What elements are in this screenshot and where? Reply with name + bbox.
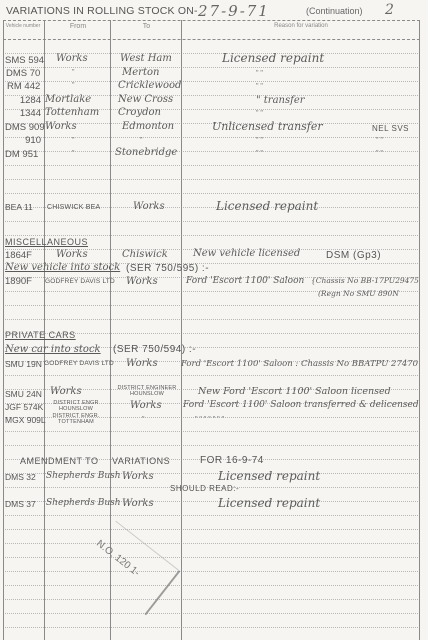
- new-car-note: New car into stock: [5, 344, 101, 355]
- vehicle-number: 1890F: [5, 276, 32, 287]
- from-depot: ": [72, 137, 75, 144]
- reason-extra: NEL SVS: [372, 124, 409, 133]
- reason: Licensed repaint: [222, 51, 324, 65]
- ser-reference: (SER 750/595) :-: [126, 263, 209, 274]
- reason: Ford 'Escort 1100' Saloon transferred & …: [183, 400, 419, 410]
- chassis-number: {Chassis No BB-17PU29475: [311, 276, 419, 285]
- should-read-label: SHOULD READ:-: [170, 484, 239, 493]
- to-depot: West Ham: [120, 53, 172, 64]
- to-depot: ": [142, 416, 145, 423]
- from-depot: Works: [56, 53, 88, 64]
- to-depot: Merton: [122, 67, 159, 78]
- from-depot: Works: [45, 121, 77, 132]
- to-depot: ": [140, 137, 143, 144]
- ruled-line: [3, 557, 420, 558]
- table-top-border: [3, 20, 420, 21]
- document-page: VARIATIONS IN ROLLING STOCK ON- 27-9-71 …: [0, 0, 428, 640]
- report-date: 27-9-71: [198, 2, 270, 20]
- reason: " ": [256, 150, 263, 157]
- reason-extra: DSM (Gp3): [326, 250, 381, 261]
- to-depot: Croydon: [118, 107, 161, 118]
- ser-reference: (SER 750/594) :-: [113, 344, 196, 355]
- to-depot: Works: [126, 276, 158, 287]
- vehicle-number: SMU 19N: [5, 359, 42, 369]
- header-bottom-border: [3, 39, 420, 40]
- ruled-line: [3, 627, 420, 628]
- to-depot: Stonebridge: [115, 147, 177, 158]
- vehicle-number: MGX 909L: [5, 415, 46, 425]
- to-depot: Cricklewood: [118, 80, 181, 91]
- from-depot: ": [72, 82, 75, 89]
- from-depot: Shepherds Bush: [46, 471, 121, 481]
- ruled-line: [3, 235, 420, 236]
- section-heading-miscellaneous: MISCELLANEOUS: [5, 237, 88, 247]
- from-depot: DISTRICT ENGR HOUNSLOW: [47, 400, 105, 412]
- ruled-line: [3, 431, 420, 432]
- section-heading-private-cars: PRIVATE CARS: [5, 330, 76, 340]
- reason: New Ford 'Escort 1100' Saloon licensed: [198, 386, 391, 397]
- reason: Licensed repaint: [216, 199, 318, 213]
- to-depot: New Cross: [118, 94, 173, 105]
- from-depot: GODFREY DAVIS LTD: [44, 360, 114, 367]
- ruled-line: [3, 613, 420, 614]
- reason-extra: " ": [376, 137, 383, 144]
- ruled-line: [3, 179, 420, 180]
- to-depot: Works: [133, 201, 165, 212]
- reason: " ": [256, 70, 263, 77]
- ruled-line: [3, 585, 420, 586]
- ruled-line: [3, 305, 420, 306]
- column-border: [3, 20, 4, 640]
- amendment-heading-left: AMENDMENT TO: [20, 456, 99, 466]
- from-depot: CHISWICK BEA: [47, 204, 100, 211]
- column-header-number: Vehicle number: [5, 23, 41, 29]
- registration-number: (Regn No SMU 890N: [318, 289, 399, 298]
- from-depot: ": [72, 150, 75, 157]
- to-depot: Works: [130, 400, 162, 411]
- ruled-line: [3, 137, 420, 138]
- ruled-line: [3, 375, 420, 376]
- vehicle-number: DMS 37: [5, 499, 36, 509]
- from-depot: Shepherds Bush: [46, 498, 121, 508]
- reason: " transfer: [256, 95, 305, 106]
- reason: " ": [256, 83, 263, 90]
- ruled-line: [3, 221, 420, 222]
- page-title: VARIATIONS IN ROLLING STOCK ON-: [6, 5, 198, 17]
- ruled-line: [3, 319, 420, 320]
- from-depot: Tottenham: [45, 107, 99, 118]
- column-border: [419, 20, 420, 640]
- vehicle-number: DMS 70: [6, 68, 40, 79]
- reason-extra: " ": [376, 150, 383, 157]
- new-vehicle-note: New vehicle into stock: [5, 262, 120, 273]
- ruled-line: [3, 515, 420, 516]
- reason: New vehicle licensed: [193, 248, 300, 259]
- column-header-from: From: [45, 23, 111, 30]
- ruled-line: [3, 165, 420, 166]
- vehicle-number: 1284: [5, 95, 41, 106]
- reason: " ": [256, 137, 263, 144]
- reason: Unlicensed transfer: [212, 120, 323, 133]
- vehicle-number: DM 951: [5, 149, 38, 160]
- ruled-line: [3, 543, 420, 544]
- reason: Licensed repaint: [218, 469, 320, 483]
- ruled-line: [3, 151, 420, 152]
- vehicle-number: JGF 574K: [5, 402, 43, 412]
- ruled-line: [3, 571, 420, 572]
- vehicle-number: BEA 11: [5, 202, 33, 212]
- from-depot: DISTRICT ENGR. TOTTENHAM: [47, 413, 105, 425]
- column-border: [181, 20, 182, 640]
- reason: " " " " " " ": [195, 416, 224, 423]
- to-depot: DISTRICT ENGINEER HOUNSLOW: [113, 385, 181, 397]
- reason: Licensed repaint: [218, 496, 320, 510]
- from-depot: Works: [56, 249, 88, 260]
- page-number: 2: [385, 2, 394, 18]
- vehicle-number: 910: [5, 135, 41, 146]
- to-depot: Works: [126, 358, 158, 369]
- ruled-line: [3, 529, 420, 530]
- to-depot: Edmonton: [122, 121, 174, 132]
- vehicle-number: DMS 32: [5, 472, 36, 482]
- vehicle-number: RM 442: [7, 81, 40, 92]
- ruled-line: [3, 193, 420, 194]
- vehicle-number: SMU 24N: [5, 389, 42, 399]
- to-depot: Chiswick: [122, 249, 168, 260]
- ruled-line: [3, 599, 420, 600]
- to-depot: Works: [122, 471, 154, 482]
- vehicle-number: 1864F: [5, 250, 32, 261]
- from-depot: GODFREY DAVIS LTD: [45, 278, 115, 285]
- amendment-heading-mid: VARIATIONS: [112, 456, 170, 466]
- reason: " ": [256, 110, 263, 117]
- from-depot: Mortlake: [45, 94, 91, 105]
- ruled-line: [3, 81, 420, 82]
- ruled-line: [3, 67, 420, 68]
- ruled-line: [3, 445, 420, 446]
- column-header-reason: Reason for variation: [182, 23, 420, 29]
- from-depot: Works: [50, 386, 82, 397]
- column-header-to: To: [111, 23, 182, 30]
- from-depot: ": [72, 69, 75, 76]
- amendment-heading-right: FOR 16-9-74: [200, 455, 264, 466]
- reason: Ford 'Escort 1100' Saloon : Chassis No B…: [181, 359, 418, 369]
- to-depot: Works: [122, 498, 154, 509]
- vehicle-number: 1344: [5, 108, 41, 119]
- reason: Ford 'Escort 1100' Saloon: [186, 276, 304, 286]
- vehicle-number: SMS 594: [5, 55, 44, 66]
- continuation-label: (Continuation): [306, 6, 363, 16]
- vehicle-number: DMS 909: [5, 122, 45, 133]
